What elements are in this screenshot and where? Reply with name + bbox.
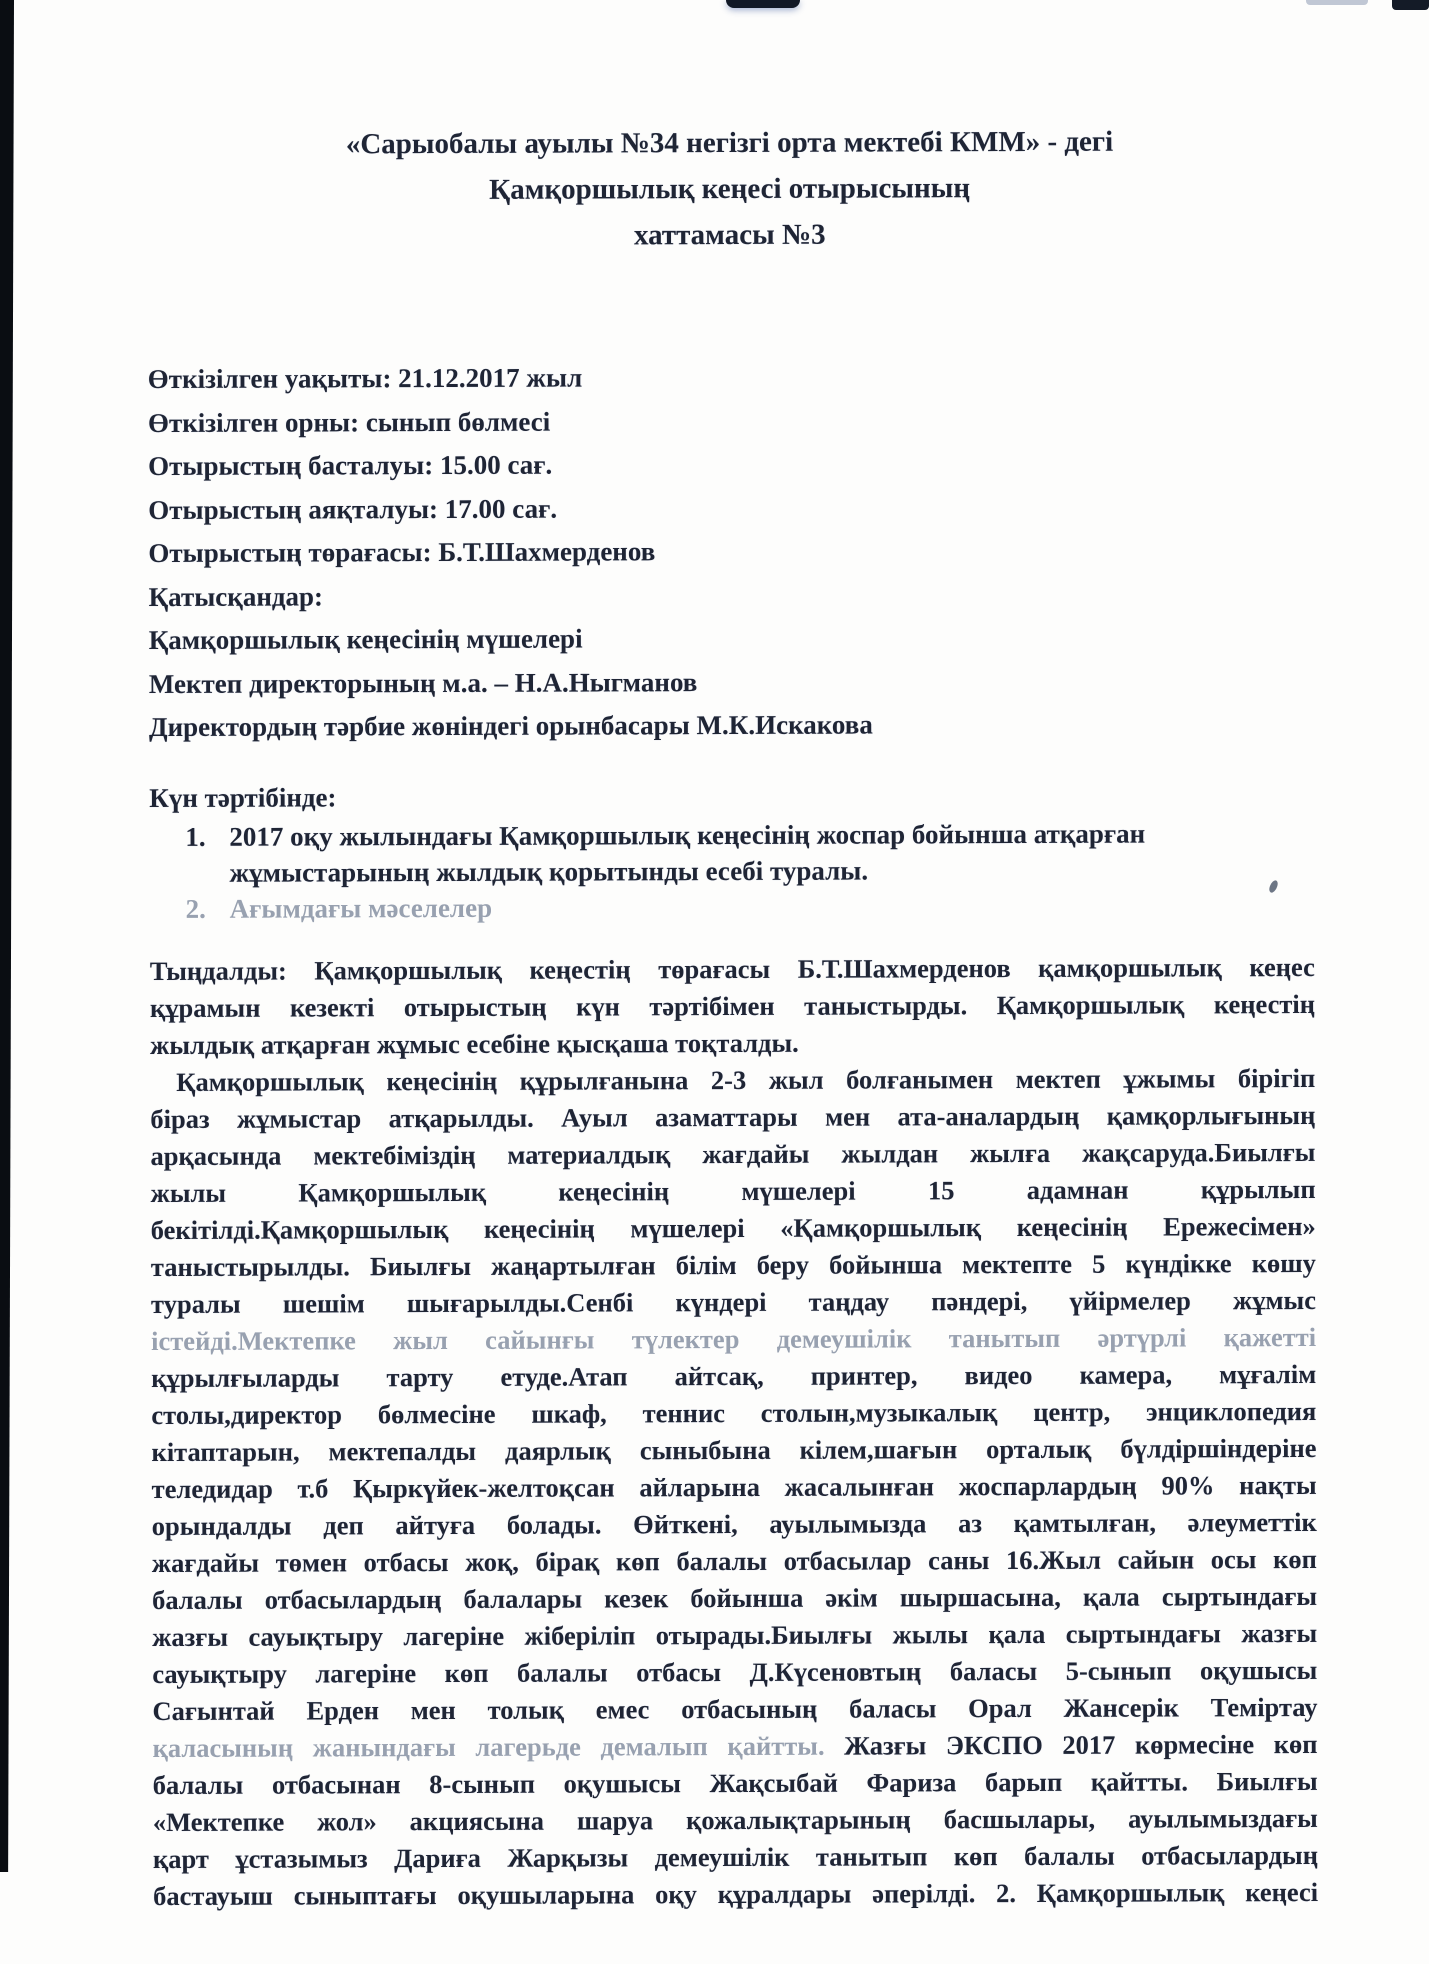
agenda-item: 1. 2017 оқу жылындағы Қамқоршылық кеңесі…: [149, 815, 1159, 891]
agenda-item-number: 2.: [150, 890, 230, 926]
meeting-meta-line: Отырыстың төрағасы: Б.Т.Шахмерденов: [148, 528, 1313, 576]
meeting-meta-block: Өткізілген уақыты: 21.12.2017 жылӨткізіл…: [148, 354, 1314, 750]
body-text-segment: столы,директор бөлмесіне шкаф, теннис ст…: [151, 1395, 1316, 1429]
document-title-line: «Сарыобалы ауылы №34 негізгі орта мектеб…: [147, 118, 1312, 168]
body-text-segment: таныстырылды. Биылғы жаңартылған білім б…: [151, 1247, 1316, 1281]
body-text-line: бекітілді.Қамқоршылық кеңесінің мүшелері…: [151, 1207, 1316, 1248]
body-text-line: Тыңдалды: Қамқоршылық кеңестің төрағасы …: [150, 948, 1315, 989]
body-text-segment: біраз жұмыстар атқарылды. Ауыл азаматтар…: [150, 1099, 1315, 1133]
agenda-item: 2. Ағымдағы мәселелер: [150, 887, 1160, 927]
scan-edge-artifact: [0, 0, 14, 1872]
agenda-heading: Күн тәртібінде:: [149, 775, 1314, 816]
body-text-segment: жылы Қамқоршылық кеңесінің мүшелері 15 а…: [151, 1173, 1316, 1207]
body-text-line: құрамын кезекті отырыстың күн тәртібімен…: [150, 985, 1315, 1026]
meeting-meta-line: Директордың тәрбие жөніндегі орынбасары …: [149, 702, 1314, 750]
body-text-segment: балалы отбасылардың балалары кезек бойын…: [152, 1580, 1317, 1614]
body-text-segment: бастауыш сыныптағы оқушыларына оқу құрал…: [153, 1876, 1318, 1910]
document-title-line: Қамқоршылық кеңесі отырысының: [147, 164, 1312, 214]
body-text-line: жазғы сауықтыру лагеріне жіберіліп отыра…: [152, 1614, 1317, 1655]
body-text-segment: туралы шешім шығарылды.Сенбі күндері таң…: [151, 1284, 1316, 1318]
body-text-line: арқасында мектебіміздің материалдық жағд…: [150, 1133, 1315, 1174]
body-text-segment: бекітілді.Қамқоршылық кеңесінің мүшелері…: [151, 1210, 1316, 1244]
body-text-line: Сағынтай Ерден мен толық емес отбасының …: [152, 1688, 1317, 1729]
document-title-block: «Сарыобалы ауылы №34 негізгі орта мектеб…: [147, 118, 1312, 260]
body-text-segment: «Мектепке жол» акциясына шаруа қожалықта…: [153, 1802, 1318, 1836]
body-text-segment: жылдық атқарған жұмыс есебіне қысқаша то…: [150, 1027, 799, 1059]
body-text-line: жылдық атқарған жұмыс есебіне қысқаша то…: [150, 1022, 1315, 1063]
body-text-segment: қарт ұстазымыз Дариға Жарқызы демеушілік…: [153, 1839, 1318, 1873]
body-text-line: Қамқоршылық кеңесінің құрылғанына 2-3 жы…: [150, 1059, 1315, 1100]
meeting-meta-line: Өткізілген уақыты: 21.12.2017 жыл: [148, 354, 1313, 402]
body-text-line: орындалды деп айтуға болады. Өйткені, ау…: [152, 1503, 1317, 1544]
body-text-line: бастауыш сыныптағы оқушыларына оқу құрал…: [153, 1873, 1318, 1914]
body-text-segment: балалы отбасынан 8-сынып оқушысы Жақсыба…: [153, 1765, 1318, 1799]
body-text-segment: Тыңдалды: Қамқоршылық кеңестің төрағасы …: [150, 951, 1315, 985]
body-text-segment: орындалды деп айтуға болады. Өйткені, ау…: [152, 1506, 1317, 1540]
body-text-line: жылы Қамқоршылық кеңесінің мүшелері 15 а…: [151, 1170, 1316, 1211]
body-text-segment: теледидар т.б Қыркүйек-желтоқсан айларын…: [152, 1469, 1317, 1503]
body-text-line: таныстырылды. Биылғы жаңартылған білім б…: [151, 1244, 1316, 1285]
body-text-segment: жағдайы төмен отбасы жоқ, бірақ көп бала…: [152, 1543, 1317, 1577]
body-text-segment: Қамқоршылық кеңесінің құрылғанына 2-3 жы…: [176, 1062, 1315, 1096]
body-text-line: істейді.Мектепке жыл сайынғы түлектер де…: [151, 1318, 1316, 1359]
body-text-line: столы,директор бөлмесіне шкаф, теннис ст…: [151, 1392, 1316, 1433]
agenda-item-number: 1.: [149, 818, 229, 890]
body-text-line: жағдайы төмен отбасы жоқ, бірақ көп бала…: [152, 1540, 1317, 1581]
agenda-item-text: Ағымдағы мәселелер: [230, 887, 1160, 926]
document-title-line: хаттамасы №3: [147, 210, 1312, 260]
agenda-item-text: 2017 оқу жылындағы Қамқоршылық кеңесінің…: [229, 815, 1159, 890]
meeting-meta-line: Отырыстың аяқталуы: 17.00 сағ.: [148, 484, 1313, 532]
meeting-meta-line: Қатысқандар:: [148, 571, 1313, 619]
scan-smudge-top-center: [726, 0, 800, 8]
meeting-meta-line: Өткізілген орны: сынып бөлмесі: [148, 397, 1313, 445]
scan-smudge-top-faint: [1306, 0, 1368, 5]
body-text-segment: құрамын кезекті отырыстың күн тәртібімен…: [150, 988, 1315, 1022]
meeting-meta-line: Мектеп директорының м.а. – Н.А.Ныгманов: [149, 658, 1314, 706]
body-text-line: балалы отбасынан 8-сынып оқушысы Жақсыба…: [153, 1762, 1318, 1803]
body-text-line: «Мектепке жол» акциясына шаруа қожалықта…: [153, 1799, 1318, 1840]
body-text-line: балалы отбасылардың балалары кезек бойын…: [152, 1577, 1317, 1618]
body-text-segment: кітаптарын, мектепалды даярлық сыныбына …: [151, 1432, 1316, 1466]
meeting-meta-line: Отырыстың басталуы: 15.00 сағ.: [148, 441, 1313, 489]
document-content: «Сарыобалы ауылы №34 негізгі орта мектеб…: [147, 118, 1318, 1915]
body-text-segment: арқасында мектебіміздің материалдық жағд…: [150, 1136, 1315, 1170]
body-text-line: қарт ұстазымыз Дариға Жарқызы демеушілік…: [153, 1836, 1318, 1877]
body-text-segment: істейді.Мектепке жыл сайынғы түлектер де…: [151, 1321, 1316, 1355]
scanned-document-page: «Сарыобалы ауылы №34 негізгі орта мектеб…: [0, 0, 1429, 1964]
body-text-segment: Сағынтай Ерден мен толық емес отбасының …: [152, 1691, 1317, 1725]
meeting-meta-line: Қамқоршылық кеңесінің мүшелері: [149, 615, 1314, 663]
minutes-body-block: Тыңдалды: Қамқоршылық кеңестің төрағасы …: [150, 948, 1318, 1914]
scan-smudge-top-right: [1392, 0, 1429, 10]
body-text-line: теледидар т.б Қыркүйек-желтоқсан айларын…: [152, 1466, 1317, 1507]
body-text-segment: сауықтыру лагеріне көп балалы отбасы Д.К…: [152, 1654, 1317, 1688]
body-text-line: біраз жұмыстар атқарылды. Ауыл азаматтар…: [150, 1096, 1315, 1137]
body-text-line: кітаптарын, мектепалды даярлық сыныбына …: [151, 1429, 1316, 1470]
body-text-line: сауықтыру лагеріне көп балалы отбасы Д.К…: [152, 1651, 1317, 1692]
body-text-line: қаласының жанындағы лагерьде демалып қай…: [152, 1725, 1317, 1766]
body-text-segment: Жазғы ЭКСПО 2017 көрмесіне көп: [824, 1728, 1317, 1760]
body-text-line: құрылғыларды тарту етуде.Атап айтсақ, пр…: [151, 1355, 1316, 1396]
body-text-segment: құрылғыларды тарту етуде.Атап айтсақ, пр…: [151, 1358, 1316, 1392]
body-text-segment: қаласының жанындағы лагерьде демалып қай…: [152, 1730, 824, 1762]
body-text-segment: жазғы сауықтыру лагеріне жіберіліп отыра…: [152, 1617, 1317, 1651]
agenda-list: 1. 2017 оқу жылындағы Қамқоршылық кеңесі…: [149, 814, 1314, 926]
body-text-line: туралы шешім шығарылды.Сенбі күндері таң…: [151, 1281, 1316, 1322]
